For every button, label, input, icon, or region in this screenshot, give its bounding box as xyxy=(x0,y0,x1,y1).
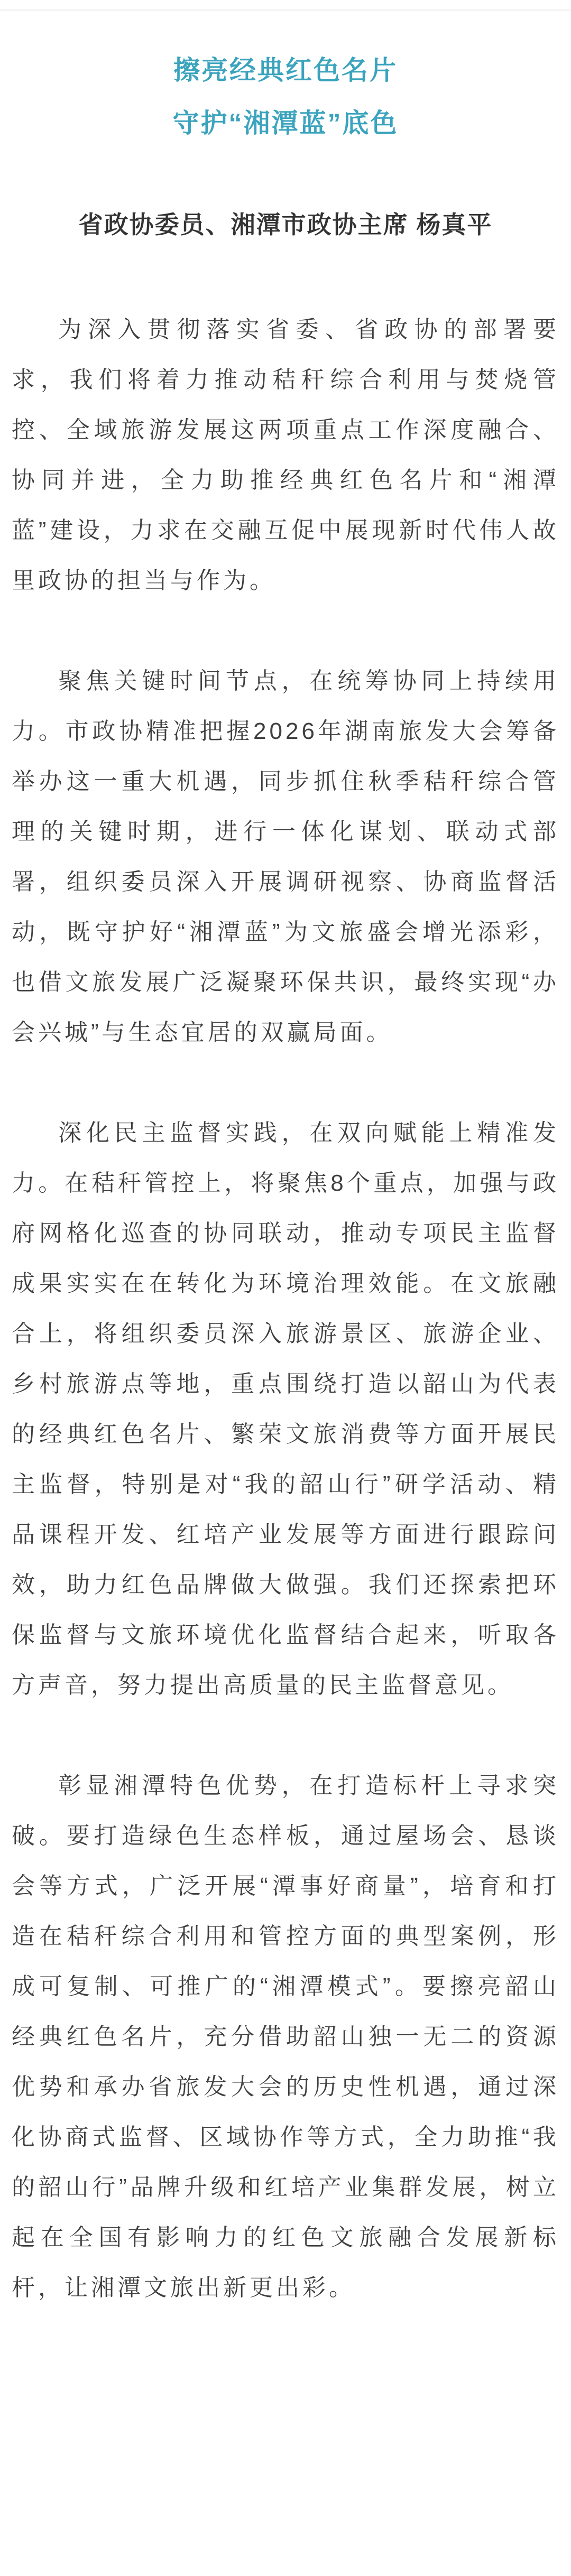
article-paragraph: 聚焦关键时间节点，在统筹协同上持续用力。市政协精准把握2026年湖南旅发大会筹备… xyxy=(12,656,559,1058)
article-body: 为深入贯彻落实省委、省政协的部署要求，我们将着力推动秸秆综合利用与焚烧管控、全域… xyxy=(12,304,559,2313)
article-paragraph: 为深入贯彻落实省委、省政协的部署要求，我们将着力推动秸秆综合利用与焚烧管控、全域… xyxy=(12,304,559,606)
top-divider xyxy=(0,10,571,11)
article-paragraph: 彰显湘潭特色优势，在打造标杆上寻求突破。要打造绿色生态样板，通过屋场会、恳谈会等… xyxy=(12,1760,559,2313)
article-header: 擦亮经典红色名片 守护“湘潭蓝”底色 省政协委员、湘潭市政协主席 杨真平 xyxy=(0,0,571,243)
article-title-line-1: 擦亮经典红色名片 xyxy=(0,44,571,97)
article-page: 擦亮经典红色名片 守护“湘潭蓝”底色 省政协委员、湘潭市政协主席 杨真平 为深入… xyxy=(0,0,571,2576)
article-title-line-2: 守护“湘潭蓝”底色 xyxy=(0,97,571,150)
article-title: 擦亮经典红色名片 守护“湘潭蓝”底色 xyxy=(0,44,571,150)
article-paragraph: 深化民主监督实践，在双向赋能上精准发力。在秸秆管控上，将聚焦8个重点，加强与政府… xyxy=(12,1108,559,1710)
byline: 省政协委员、湘潭市政协主席 杨真平 xyxy=(0,206,571,243)
